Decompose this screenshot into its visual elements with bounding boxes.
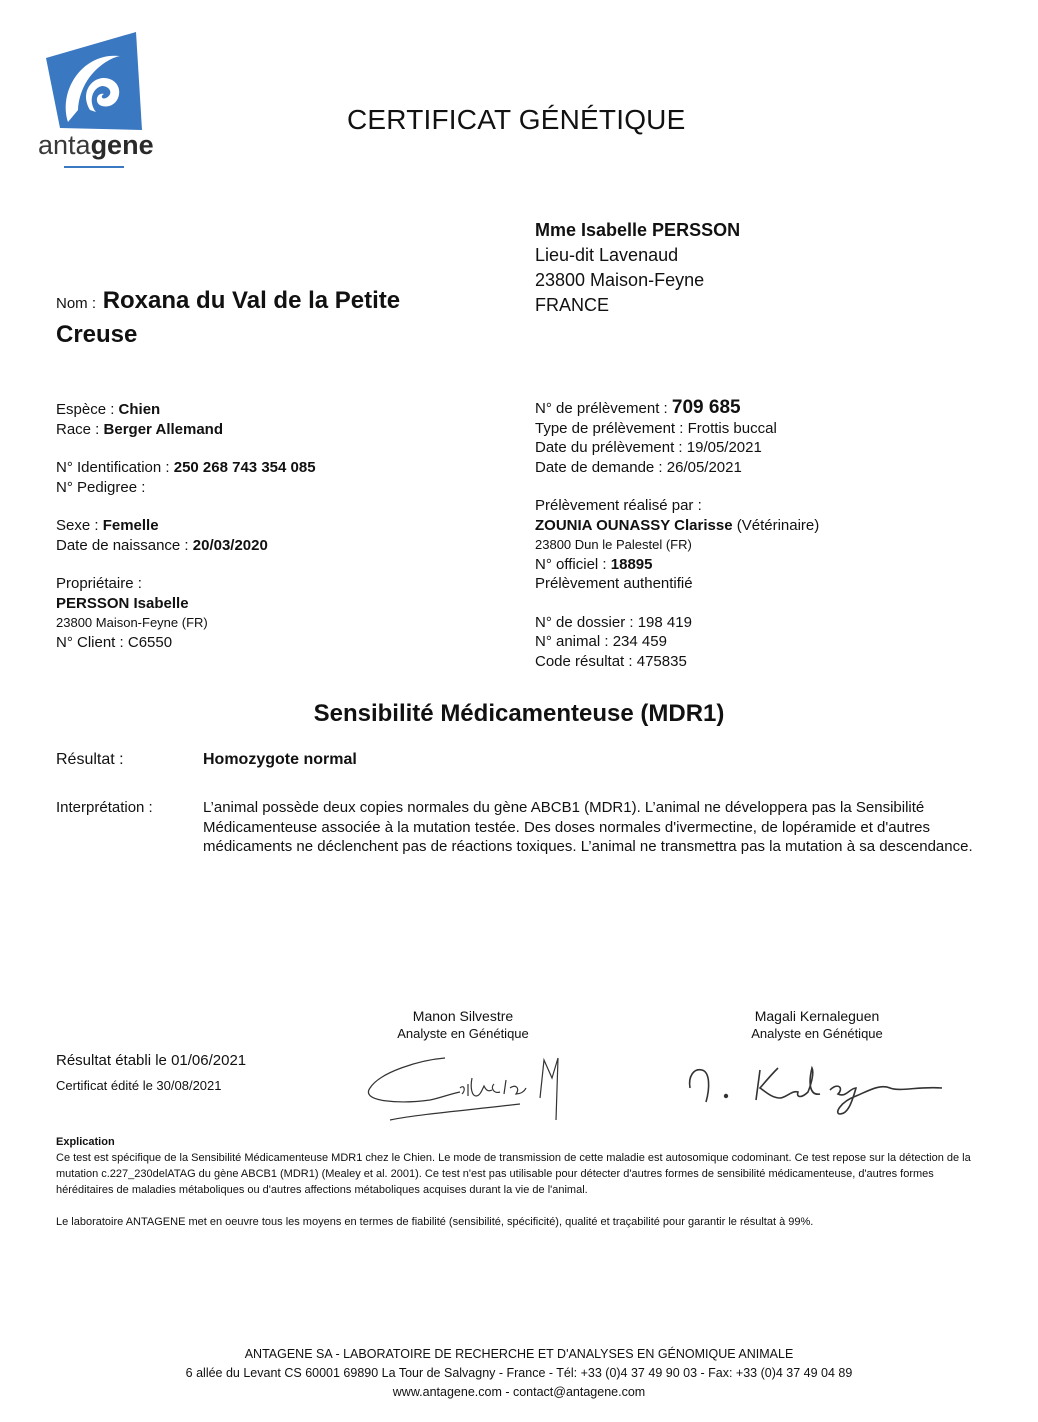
vet-row: ZOUNIA OUNASSY Clarisse (Vétérinaire) <box>535 516 819 536</box>
file-row: N° de dossier : 198 419 <box>535 613 819 633</box>
document-title: CERTIFICAT GÉNÉTIQUE <box>347 104 685 136</box>
species-row: Espèce : Chien <box>56 400 316 420</box>
signature-silvestre-icon <box>360 1054 570 1124</box>
test-title: Sensibilité Médicamenteuse (MDR1) <box>0 700 1038 728</box>
owner-city: 23800 Maison-Feyne (FR) <box>56 613 316 633</box>
official-row: N° officiel : 18895 <box>535 555 819 575</box>
explanation-text: Ce test est spécifique de la Sensibilité… <box>56 1150 986 1198</box>
recipient-line: 23800 Maison-Feyne <box>535 268 740 293</box>
footer: ANTAGENE SA - LABORATOIRE DE RECHERCHE E… <box>0 1345 1038 1402</box>
request-date-row: Date de demande : 26/05/2021 <box>535 458 819 478</box>
interpretation-text: L’animal possède deux copies normales du… <box>203 798 993 857</box>
signatory-name: Magali Kernaleguen <box>717 1008 917 1025</box>
result-value: Homozygote normal <box>203 751 357 769</box>
animal-name: Roxana du Val de la Petite Creuse <box>56 287 400 348</box>
client-row: N° Client : C6550 <box>56 633 316 653</box>
footer-company: ANTAGENE SA - LABORATOIRE DE RECHERCHE E… <box>0 1345 1038 1364</box>
birth-row: Date de naissance : 20/03/2020 <box>56 536 316 556</box>
identification-row: N° Identification : 250 268 743 354 085 <box>56 458 316 478</box>
sample-number-row: N° de prélèvement : 709 685 <box>535 398 819 419</box>
sample-type-row: Type de prélèvement : Frottis buccal <box>535 419 819 439</box>
explanation-heading: Explication <box>56 1134 986 1150</box>
recipient-name: Mme Isabelle PERSSON <box>535 218 740 243</box>
sample-details: N° de prélèvement : 709 685 Type de prél… <box>535 398 819 671</box>
explanation-section: Explication Ce test est spécifique de la… <box>56 1134 986 1230</box>
result-label: Résultat : <box>56 751 124 769</box>
signatory-1: Manon Silvestre Analyste en Génétique <box>363 1008 563 1042</box>
result-code-row: Code résultat : 475835 <box>535 652 819 672</box>
result-date: Résultat établi le 01/06/2021 <box>56 1052 246 1069</box>
vet-city: 23800 Dun le Palestel (FR) <box>535 535 819 555</box>
owner-label: Propriétaire : <box>56 574 316 594</box>
breed-row: Race : Berger Allemand <box>56 420 316 440</box>
quality-statement: Le laboratoire ANTAGENE met en oeuvre to… <box>56 1214 986 1230</box>
authenticated-note: Prélèvement authentifié <box>535 574 819 594</box>
signatory-role: Analyste en Génétique <box>363 1025 563 1042</box>
animal-number-row: N° animal : 234 459 <box>535 632 819 652</box>
signature-kernaleguen-icon <box>680 1058 960 1118</box>
recipient-line: FRANCE <box>535 293 740 318</box>
name-label: Nom : <box>56 295 96 312</box>
logo-underline <box>64 166 124 168</box>
animal-name-block: Nom : Roxana du Val de la Petite Creuse <box>56 285 476 350</box>
signatory-name: Manon Silvestre <box>363 1008 563 1025</box>
sample-date-row: Date du prélèvement : 19/05/2021 <box>535 438 819 458</box>
footer-contact: www.antagene.com - contact@antagene.com <box>0 1383 1038 1402</box>
footer-address: 6 allée du Levant CS 60001 69890 La Tour… <box>0 1364 1038 1383</box>
interpretation-label: Interprétation : <box>56 799 153 816</box>
certificate-edited-date: Certificat édité le 30/08/2021 <box>56 1078 222 1093</box>
sex-row: Sexe : Femelle <box>56 516 316 536</box>
signatory-2: Magali Kernaleguen Analyste en Génétique <box>717 1008 917 1042</box>
animal-details: Espèce : Chien Race : Berger Allemand N°… <box>56 400 316 652</box>
sampled-by-label: Prélèvement réalisé par : <box>535 496 819 516</box>
signatory-role: Analyste en Génétique <box>717 1025 917 1042</box>
logo-text: antagene <box>38 130 154 161</box>
owner-name: PERSSON Isabelle <box>56 594 316 614</box>
recipient-line: Lieu-dit Lavenaud <box>535 243 740 268</box>
recipient-address: Mme Isabelle PERSSON Lieu-dit Lavenaud 2… <box>535 218 740 318</box>
pedigree-row: N° Pedigree : <box>56 478 316 498</box>
